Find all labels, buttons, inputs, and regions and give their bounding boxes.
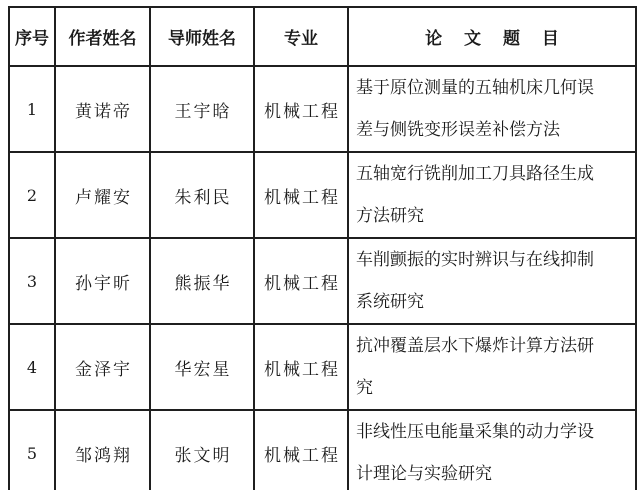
- col-header-major: 专业: [254, 7, 348, 66]
- cell-thesis-title: 车削颤振的实时辨识与在线抑制系统研究: [348, 238, 636, 324]
- cell-advisor: 朱利民: [150, 152, 254, 238]
- cell-thesis-title: 基于原位测量的五轴机床几何误差与侧铣变形误差补偿方法: [348, 66, 636, 152]
- col-header-thesis-title: 论 文 题 目: [348, 7, 636, 66]
- table-row: 2 卢耀安 朱利民 机械工程 五轴宽行铣削加工刀具路径生成方法研究: [9, 152, 636, 238]
- thesis-list-table: 序号 作者姓名 导师姓名 专业 论 文 题 目 1 黄诺帝 王宇晗 机械工程 基…: [8, 6, 637, 490]
- cell-author: 邹鸿翔: [55, 410, 150, 490]
- cell-index: 2: [9, 152, 55, 238]
- cell-index: 4: [9, 324, 55, 410]
- cell-advisor: 王宇晗: [150, 66, 254, 152]
- col-header-index: 序号: [9, 7, 55, 66]
- cell-index: 5: [9, 410, 55, 490]
- cell-author: 黄诺帝: [55, 66, 150, 152]
- document-page: 序号 作者姓名 导师姓名 专业 论 文 题 目 1 黄诺帝 王宇晗 机械工程 基…: [0, 0, 640, 490]
- table-row: 4 金泽宇 华宏星 机械工程 抗冲覆盖层水下爆炸计算方法研究: [9, 324, 636, 410]
- cell-major: 机械工程: [254, 66, 348, 152]
- cell-index: 3: [9, 238, 55, 324]
- cell-major: 机械工程: [254, 152, 348, 238]
- cell-major: 机械工程: [254, 238, 348, 324]
- table-row: 3 孙宇昕 熊振华 机械工程 车削颤振的实时辨识与在线抑制系统研究: [9, 238, 636, 324]
- cell-author: 金泽宇: [55, 324, 150, 410]
- cell-thesis-title: 非线性压电能量采集的动力学设计理论与实验研究: [348, 410, 636, 490]
- header-row: 序号 作者姓名 导师姓名 专业 论 文 题 目: [9, 7, 636, 66]
- cell-major: 机械工程: [254, 324, 348, 410]
- col-header-advisor: 导师姓名: [150, 7, 254, 66]
- cell-thesis-title: 五轴宽行铣削加工刀具路径生成方法研究: [348, 152, 636, 238]
- col-header-author: 作者姓名: [55, 7, 150, 66]
- cell-author: 卢耀安: [55, 152, 150, 238]
- cell-thesis-title: 抗冲覆盖层水下爆炸计算方法研究: [348, 324, 636, 410]
- cell-index: 1: [9, 66, 55, 152]
- cell-advisor: 熊振华: [150, 238, 254, 324]
- cell-advisor: 华宏星: [150, 324, 254, 410]
- cell-author: 孙宇昕: [55, 238, 150, 324]
- cell-advisor: 张文明: [150, 410, 254, 490]
- table-row: 1 黄诺帝 王宇晗 机械工程 基于原位测量的五轴机床几何误差与侧铣变形误差补偿方…: [9, 66, 636, 152]
- table-row: 5 邹鸿翔 张文明 机械工程 非线性压电能量采集的动力学设计理论与实验研究: [9, 410, 636, 490]
- cell-major: 机械工程: [254, 410, 348, 490]
